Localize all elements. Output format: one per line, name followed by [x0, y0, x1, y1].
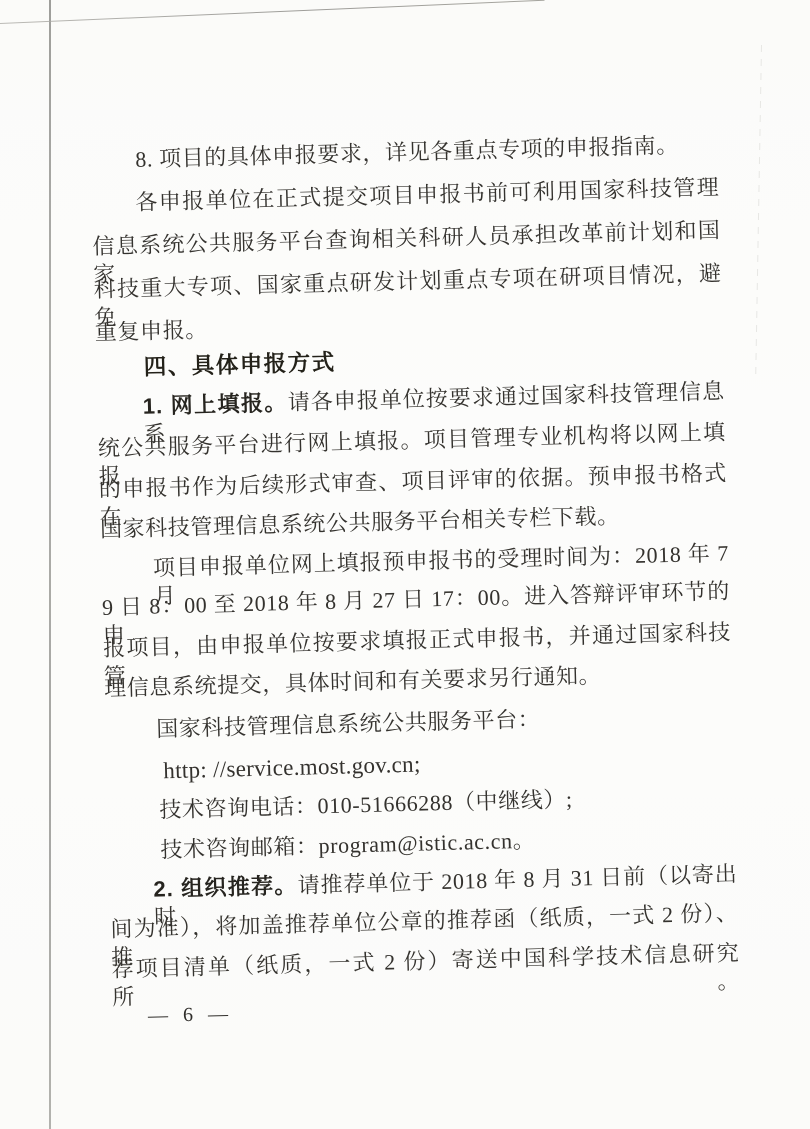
paragraph-line: 统公共服务平台进行网上填报。项目管理专业机构将以网上填报 — [98, 418, 727, 464]
scan-artifact-dotted-line — [755, 45, 762, 375]
paragraph-line: 科技重大专项、国家重点研发计划重点专项在研项目情况，避免 — [93, 260, 722, 306]
page-number: — 6 — — [148, 1003, 233, 1028]
schedule-line: 理信息系统提交，具体时间和有关要求另行通知。 — [104, 658, 733, 704]
item2-first-line: 2. 组织推荐。请推荐单位于 2018 年 8 月 31 日前（以寄出时 — [109, 860, 738, 906]
scan-crease-diagonal-line — [0, 0, 545, 24]
intro-requirement-line: 8. 项目的具体申报要求，详见各重点专项的申报指南。 — [90, 131, 719, 177]
service-url-line: http: //service.most.gov.cn; — [106, 742, 735, 788]
phone-line: 技术咨询电话：010-51666288（中继线）; — [107, 781, 736, 827]
schedule-line: 报项目，由申报单位按要求填报正式申报书，并通过国家科技管 — [103, 618, 732, 664]
item1-first-line: 1. 网上填报。请各申报单位按要求通过国家科技管理信息系 — [96, 377, 725, 423]
paragraph-line: 国家科技管理信息系统公共服务平台相关专栏下载。 — [100, 499, 729, 545]
platform-label-line: 国家科技管理信息系统公共服务平台： — [105, 700, 734, 746]
paragraph-line: 的申报书作为后续形式审查、项目评审的依据。预申报书格式在 — [99, 459, 728, 505]
schedule-line: 9 日 8：00 至 2018 年 8 月 27 日 17：00。进入答辩评审环… — [102, 577, 731, 623]
scan-crease-vertical-line — [49, 0, 51, 1129]
paragraph-line: 各申报单位在正式提交项目申报书前可利用国家科技管理 — [91, 174, 720, 220]
document-text-block: 8. 项目的具体申报要求，详见各重点专项的申报指南。 各申报单位在正式提交项目申… — [90, 131, 740, 987]
email-line: 技术咨询邮箱：program@istic.ac.cn。 — [108, 821, 737, 867]
paragraph-line: 间为准），将加盖推荐单位公章的推荐函（纸质，一式 2 份）、推 — [110, 899, 739, 945]
item1-label: 1. 网上填报。 — [142, 390, 288, 419]
paragraph-line: 荐项目清单（纸质，一式 2 份）寄送中国科学技术信息研究所。 — [111, 939, 740, 985]
scanned-document-page: 8. 项目的具体申报要求，详见各重点专项的申报指南。 各申报单位在正式提交项目申… — [0, 0, 810, 1129]
item2-label: 2. 组织推荐。 — [153, 873, 298, 902]
paragraph-line: 信息系统公共服务平台查询相关科研人员承担改革前计划和国家 — [92, 217, 721, 263]
